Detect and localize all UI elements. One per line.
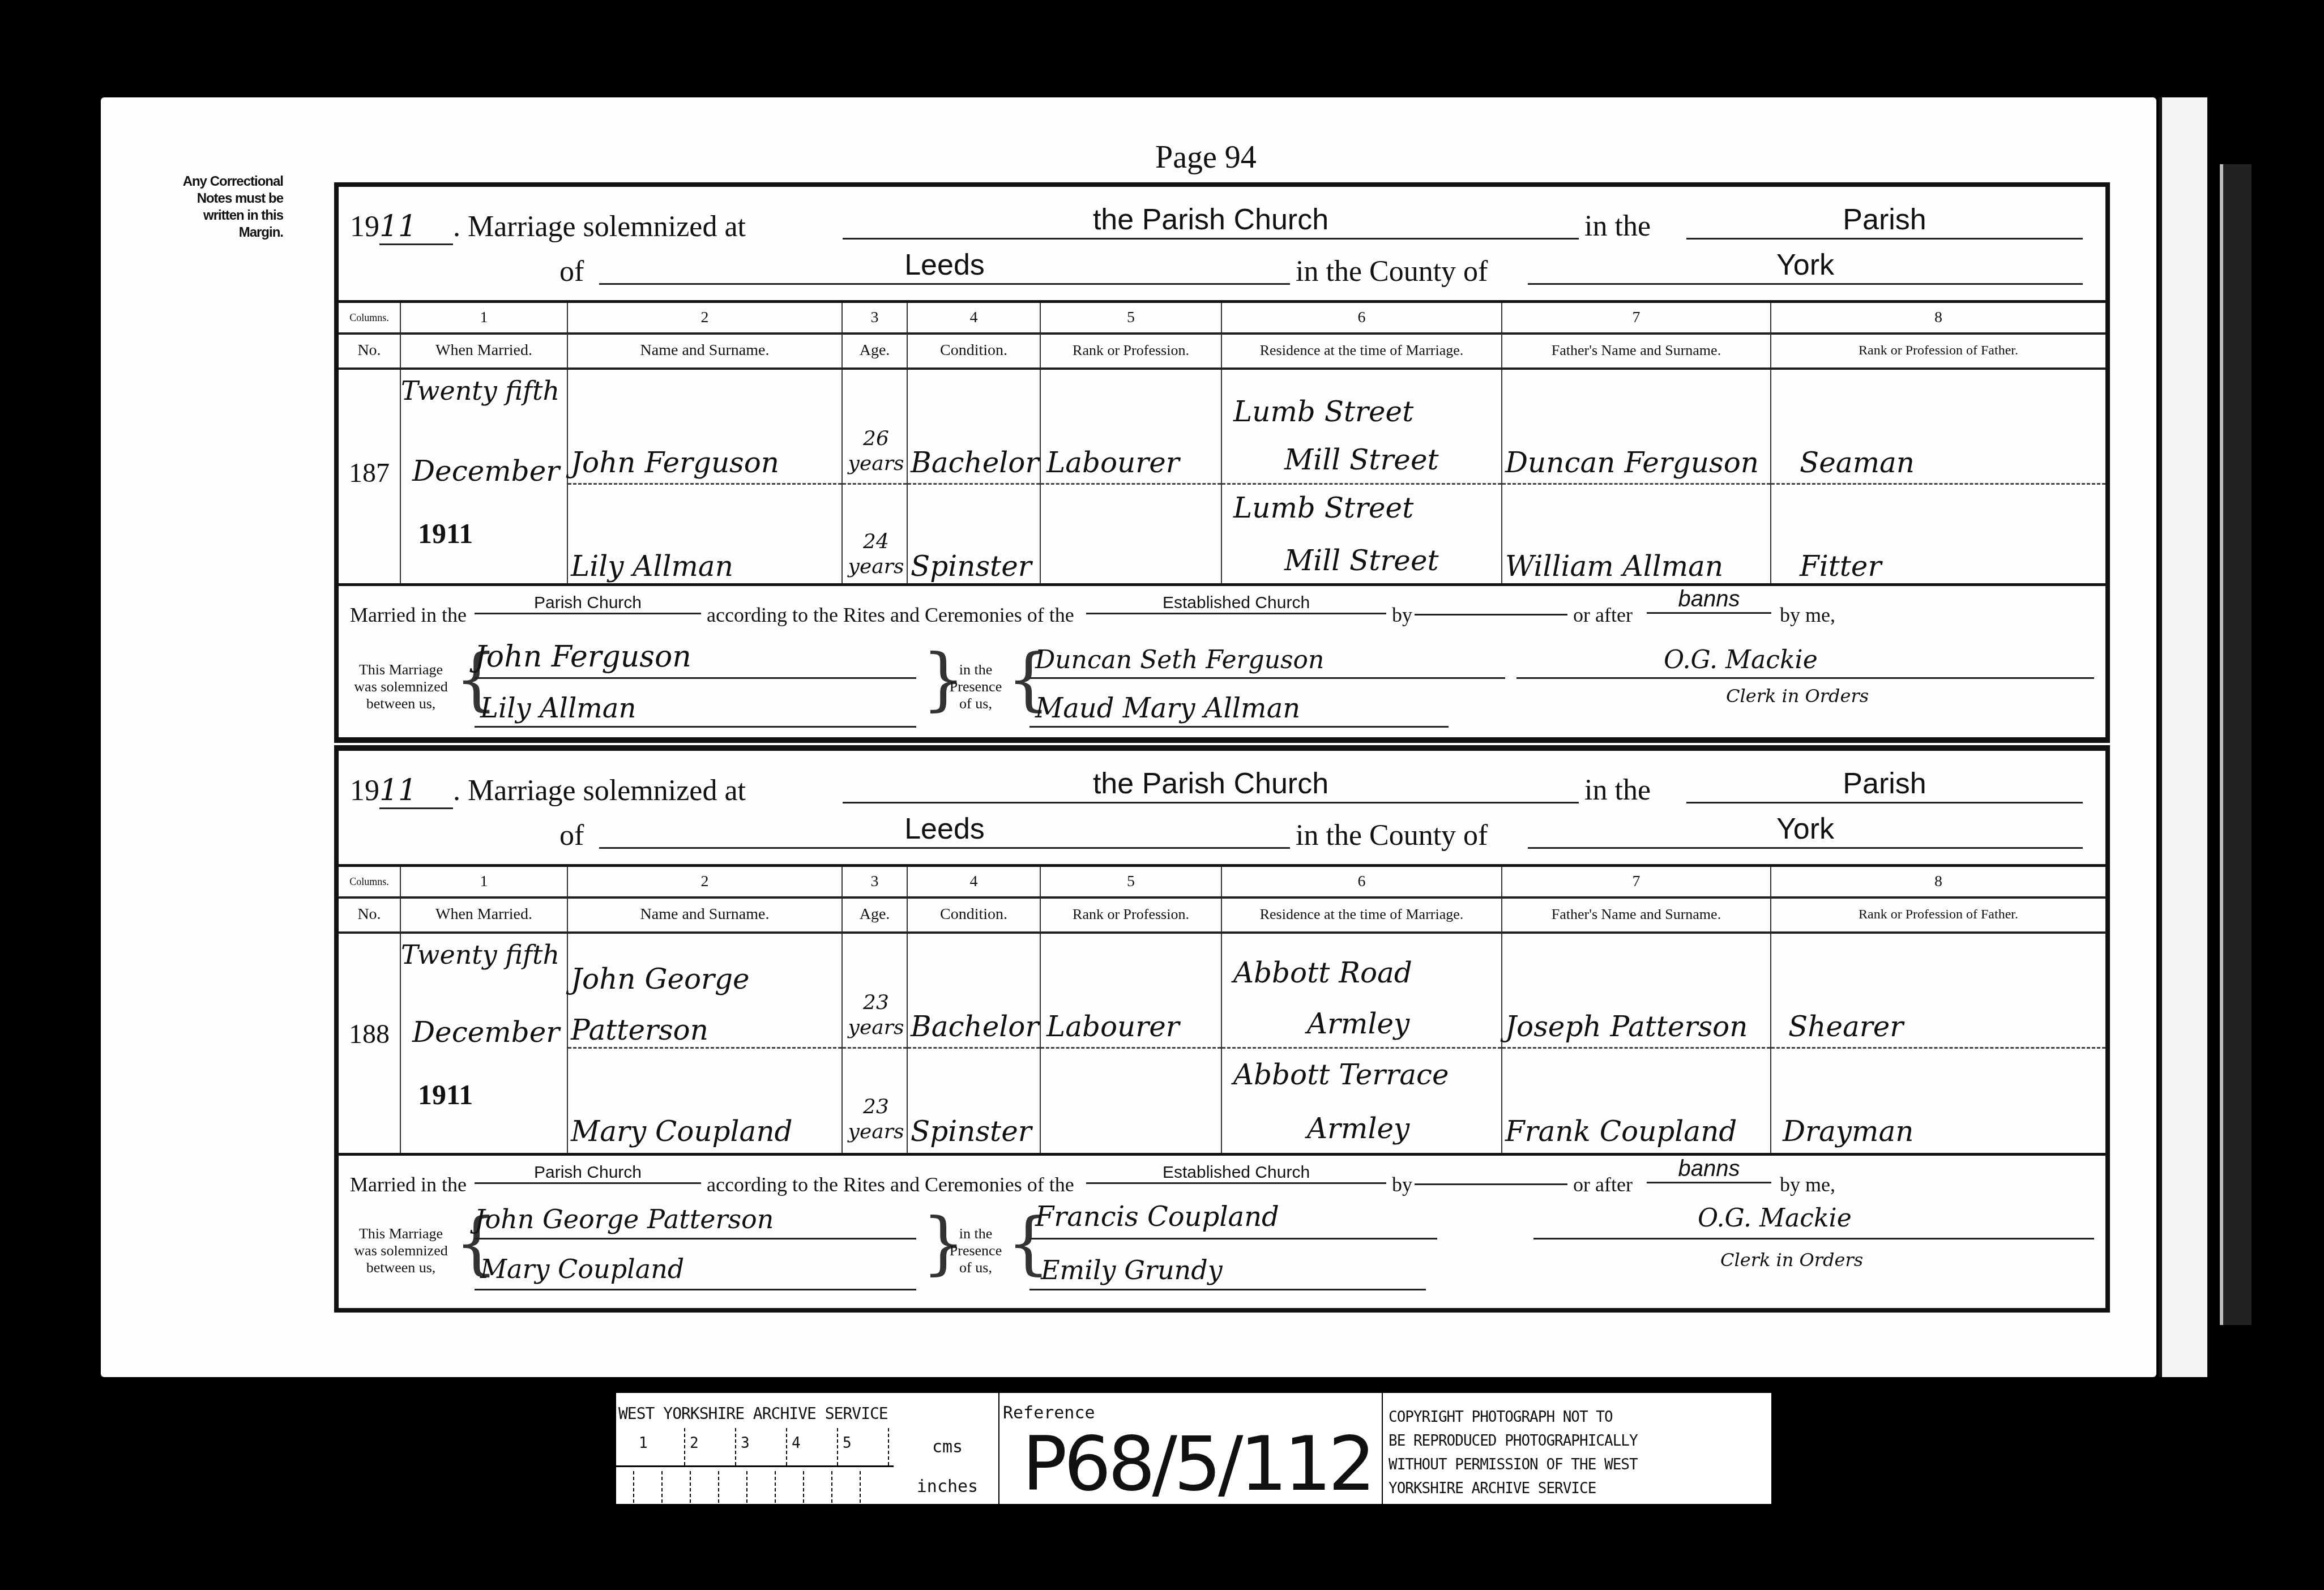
county-field: York xyxy=(1528,813,2083,849)
married-month: December xyxy=(412,455,559,488)
officiant-title: Clerk in Orders xyxy=(1720,1249,1863,1271)
groom-residence-2: Armley xyxy=(1307,1007,1409,1040)
bride-father-profession: Fitter xyxy=(1800,550,1881,583)
reference-value: P68/5/112 xyxy=(1022,1425,1372,1504)
of-label: of xyxy=(559,255,584,288)
groom-condition: Bachelor xyxy=(911,1010,1039,1043)
county-field: York xyxy=(1528,249,2083,285)
county-label: in the County of xyxy=(1296,255,1488,288)
marriage-entry-188: 1911. Marriage solemnized at the Parish … xyxy=(334,745,2110,1313)
parish-type-field: Parish xyxy=(1686,768,2083,803)
bride-condition: Spinster xyxy=(911,550,1032,583)
married-day: Twenty fifth xyxy=(401,375,559,406)
cm-ruler: 1 2 3 4 5 xyxy=(616,1428,894,1467)
place-field: the Parish Church xyxy=(843,768,1579,803)
officiant-title: Clerk in Orders xyxy=(1726,685,1869,707)
groom-signature: John Ferguson xyxy=(475,640,691,674)
year-suffix: 11 xyxy=(379,773,453,809)
witness-2: Maud Mary Allman xyxy=(1035,693,1300,724)
rites-field: Established Church xyxy=(1086,1163,1386,1184)
married-in-field: Parish Church xyxy=(475,1163,701,1184)
entry-number: 187 xyxy=(349,458,390,489)
book-edge xyxy=(2220,164,2252,1325)
groom-father: Duncan Ferguson xyxy=(1505,446,1759,479)
married-day: Twenty fifth xyxy=(401,939,559,970)
of-place-field: Leeds xyxy=(599,813,1290,849)
after-field: banns xyxy=(1647,1156,1771,1183)
by-field xyxy=(1415,593,1567,616)
copyright-box: COPYRIGHT PHOTOGRAPH NOT TO BE REPRODUCE… xyxy=(1383,1393,1771,1504)
witness-1: Francis Coupland xyxy=(1035,1201,1279,1233)
bride-name: Mary Coupland xyxy=(571,1115,793,1148)
rites-field: Established Church xyxy=(1086,593,1386,614)
parish-type-field: Parish xyxy=(1686,204,2083,240)
year-label: 1911. Marriage solemnized at xyxy=(350,210,746,245)
of-place-field: Leeds xyxy=(599,249,1290,285)
witness-1: Duncan Seth Ferguson xyxy=(1035,646,1324,674)
married-year: 1911 xyxy=(418,1078,473,1111)
reference-label: Reference xyxy=(1003,1403,1095,1423)
officiant-signature: O.G. Mackie xyxy=(1698,1204,1852,1233)
bride-father-profession: Drayman xyxy=(1783,1115,1913,1148)
in-the-label: in the xyxy=(1584,773,1651,807)
groom-residence-2: Mill Street xyxy=(1284,443,1439,476)
bride-residence-2: Mill Street xyxy=(1284,544,1439,577)
archive-label: WEST YORKSHIRE ARCHIVE SERVICE 1 2 3 4 5… xyxy=(616,1393,1771,1504)
county-label: in the County of xyxy=(1296,819,1488,852)
page-number: Page 94 xyxy=(1155,139,1257,176)
groom-age: 26 years xyxy=(845,426,907,476)
bride-condition: Spinster xyxy=(911,1115,1032,1148)
margin-note: Any Correctional Notes must be written i… xyxy=(176,173,283,241)
in-the-label: in the xyxy=(1584,210,1651,243)
groom-father: Joseph Patterson xyxy=(1505,1010,1748,1043)
unit-cms: cms xyxy=(896,1437,998,1457)
marriage-entry-187: 1911. Marriage solemnized at the Parish … xyxy=(334,182,2110,743)
unit-inches: inches xyxy=(896,1477,998,1497)
after-field: banns xyxy=(1647,587,1771,614)
bride-residence-1: Abbott Terrace xyxy=(1233,1058,1449,1091)
inch-ruler xyxy=(616,1468,894,1504)
groom-profession: Labourer xyxy=(1046,446,1180,479)
groom-condition: Bachelor xyxy=(911,446,1039,479)
bride-name: Lily Allman xyxy=(571,550,733,583)
groom-father-profession: Seaman xyxy=(1800,446,1915,479)
entry-rows: 188 Twenty fifth December 1911 John Geor… xyxy=(339,934,2105,1155)
groom-residence-1: Lumb Street xyxy=(1233,395,1413,428)
groom-age: 23 years xyxy=(845,990,907,1040)
reference-box: Reference P68/5/112 xyxy=(999,1393,1383,1504)
bride-age: 23 years xyxy=(845,1095,907,1144)
married-month: December xyxy=(412,1016,559,1049)
next-page-edge xyxy=(2159,97,2207,1377)
by-field xyxy=(1415,1163,1567,1185)
entry-rows: 187 Twenty fifth December 1911 John Ferg… xyxy=(339,370,2105,585)
officiant-signature: O.G. Mackie xyxy=(1664,646,1818,674)
archive-name: WEST YORKSHIRE ARCHIVE SERVICE xyxy=(618,1404,888,1423)
married-year: 1911 xyxy=(418,517,473,550)
groom-residence-1: Abbott Road xyxy=(1233,956,1412,989)
bride-father: William Allman xyxy=(1505,550,1723,583)
year-suffix: 11 xyxy=(379,210,453,245)
year-label: 1911. Marriage solemnized at xyxy=(350,773,746,809)
place-field: the Parish Church xyxy=(843,204,1579,240)
of-label: of xyxy=(559,819,584,852)
groom-name: John George Patterson xyxy=(571,954,837,1055)
entry-table: Columns. 1 2 3 4 5 6 7 8 No. When Marrie… xyxy=(339,300,2105,303)
bride-residence-1: Lumb Street xyxy=(1233,491,1413,524)
entry-number: 188 xyxy=(349,1019,390,1050)
groom-name: John Ferguson xyxy=(571,446,779,479)
bride-signature: Lily Allman xyxy=(480,693,636,724)
archive-scale: WEST YORKSHIRE ARCHIVE SERVICE 1 2 3 4 5… xyxy=(616,1393,999,1504)
married-in-field: Parish Church xyxy=(475,593,701,614)
entry-table: Columns. 1 2 3 4 5 6 7 8 No. When Marrie… xyxy=(339,864,2105,867)
copyright-notice: COPYRIGHT PHOTOGRAPH NOT TO BE REPRODUCE… xyxy=(1389,1405,1638,1501)
bride-age: 24 years xyxy=(845,529,907,579)
groom-profession: Labourer xyxy=(1046,1010,1180,1043)
bride-residence-2: Armley xyxy=(1307,1112,1409,1145)
groom-signature: John George Patterson xyxy=(475,1204,774,1234)
groom-father-profession: Shearer xyxy=(1788,1010,1903,1043)
bride-father: Frank Coupland xyxy=(1505,1115,1737,1148)
bride-signature: Mary Coupland xyxy=(480,1254,684,1284)
witness-2: Emily Grundy xyxy=(1041,1255,1223,1285)
